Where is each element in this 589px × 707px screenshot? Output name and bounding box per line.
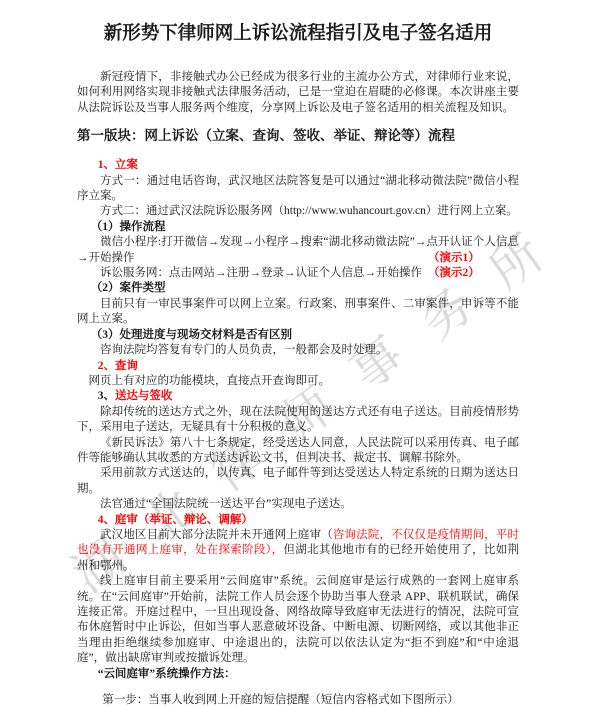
paragraph-case-type: 目前只有一审民事案件可以网上立案。行政案、刑事案件、二审案件，申诉等不能网上立案… [77,297,519,328]
section-heading-block1: 第一版块：网上诉讼（立案、查询、签收、举证、辩论等）流程 [77,127,519,145]
text-run: 目前只有一审民事案件可以网上立案。行政案、刑事案件、二审案件，申诉等不能网上立案… [77,298,519,325]
text-run: 线上庭审目前主要采用“云间庭审”系统。云间庭审是运行成熟的一套网上庭审系统。在“… [77,575,519,664]
subheading-progress-difference: （3）处理进度与现场交材料是否有区别 [77,328,519,343]
paragraph-step-1: 第一步：当事人收到网上开庭的短信提醒（短信内容格式如下图所示） [77,693,519,707]
paragraph-service-platform: 法官通过“全国法院统一送达平台”实现电子送达。 [77,497,519,512]
text-run: 武汉地区目前大部分法院并未开通网上庭审（ [100,529,333,541]
text-run: 3、 [98,390,115,402]
subheading-cloud-trial-operation: “云间庭审”系统操作方法： [77,667,519,682]
paragraph-method-1: 方式一：通过电话咨询，武汉地区法院答复是可以通过“湖北移动微法院”微信小程序立案… [77,174,519,205]
paragraph-service-date: 采用前款方式送达的，以传真、电子邮件等到达受送达人特定系统的日期为送达日期。 [77,466,519,497]
demo-label: （演示2） [428,266,480,281]
subheading-operation-flow: （1）操作流程 [77,220,519,235]
paragraph-website-flow: 诉讼服务网：点击网站→注册→登录→认证个人信息→开始操作（演示2） [77,266,519,281]
subheading-case-type: （2）案件类型 [77,281,519,296]
paragraph-query: 网页上有对应的功能模块，直接点开查询即可。 [77,374,519,389]
document-title: 新形势下律师网上诉讼流程指引及电子签名适用 [77,22,519,47]
paragraph-civil-procedure-law: 《新民诉法》第八十七条规定，经受送达人同意，人民法院可以采用传真、电子邮件等能够… [77,436,519,467]
text-run: 采用前款方式送达的，以传真、电子邮件等到达受送达人特定系统的日期为送达日期。 [77,467,519,494]
red-text-run: 送达与签收 [115,390,173,402]
text-run: （2）案件类型 [91,282,166,294]
paragraph-method-2: 方式二：通过武汉法院诉讼服务网（http://www.wuhancourt.go… [77,204,519,219]
heading-4-trial: 4、庭审（举证、辩论、调解） [77,513,519,528]
heading-3-service-sign: 3、送达与签收 [77,389,519,404]
text-run: 法官通过“全国法院统一送达平台”实现电子送达。 [100,498,352,510]
intro-paragraph: 新冠疫情下，非接触式办公已经成为很多行业的主流办公方式，对律师行业来说，如何利用… [77,70,519,116]
paragraph-progress-difference: 咨询法院均答复有专门的人员负责，一般都会及时处理。 [77,343,519,358]
text-run: “云间庭审”系统操作方法： [98,668,236,680]
document-body: 新冠疫情下，非接触式办公已经成为很多行业的主流办公方式，对律师行业来说，如何利用… [77,70,519,707]
text-run: 方式二：通过武汉法院诉讼服务网（http://www.wuhancourt.go… [100,205,518,217]
paragraph-cloud-trial: 线上庭审目前主要采用“云间庭审”系统。云间庭审是运行成熟的一套网上庭审系统。在“… [77,574,519,666]
text-run: （1）操作流程 [91,221,166,233]
document-page: 湖北律师事务所 新形势下律师网上诉讼流程指引及电子签名适用 新冠疫情下，非接触式… [0,0,589,707]
text-run: 诉讼服务网：点击网站→注册→登录→认证个人信息→开始操作 [100,267,422,279]
heading-2-query: 2、查询 [77,359,519,374]
text-run: 除却传统的送达方式之外，现在法院使用的送达方式还有电子送达。目前疫情形势下，采用… [77,406,519,433]
text-run: 咨询法院均答复有专门的人员负责，一般都会及时处理。 [100,344,388,356]
paragraph-wechat-flow: 微信小程序:打开微信→发现→小程序→搜索“湖北移动微法院”→点开认证个人信息→开… [77,235,519,266]
text-run: 第一步：当事人收到网上开庭的短信提醒（短信内容格式如下图所示） [102,694,459,706]
heading-1-filing: 1、立案 [77,158,519,173]
red-text-run: 2、查询 [98,360,138,372]
text-run: （3）处理进度与现场交材料是否有区别 [91,329,292,341]
demo-label: （演示1） [428,251,480,266]
text-run: 方式一：通过电话咨询，武汉地区法院答复是可以通过“湖北移动微法院”微信小程序立案… [77,175,519,202]
text-run: 网页上有对应的功能模块，直接点开查询即可。 [89,375,331,387]
red-text-run: 4、庭审（举证、辩论、调解） [98,514,253,526]
red-text-run: 1、立案 [98,159,138,171]
text-run: 第一版块：网上诉讼（立案、查询、签收、举证、辩论等）流程 [77,128,455,143]
text-run: 《新民诉法》第八十七条规定，经受送达人同意，人民法院可以采用传真、电子邮件等能够… [77,437,519,464]
text-run: 新冠疫情下，非接触式办公已经成为很多行业的主流办公方式，对律师行业来说，如何利用… [77,71,519,114]
document-content: 新形势下律师网上诉讼流程指引及电子签名适用 新冠疫情下，非接触式办公已经成为很多… [77,22,519,707]
paragraph-wuhan-trial-status: 武汉地区目前大部分法院并未开通网上庭审（咨询法院，不仅仅是疫情期间，平时也没有开… [77,528,519,574]
paragraph-e-service-intro: 除却传统的送达方式之外，现在法院使用的送达方式还有电子送达。目前疫情形势下，采用… [77,405,519,436]
